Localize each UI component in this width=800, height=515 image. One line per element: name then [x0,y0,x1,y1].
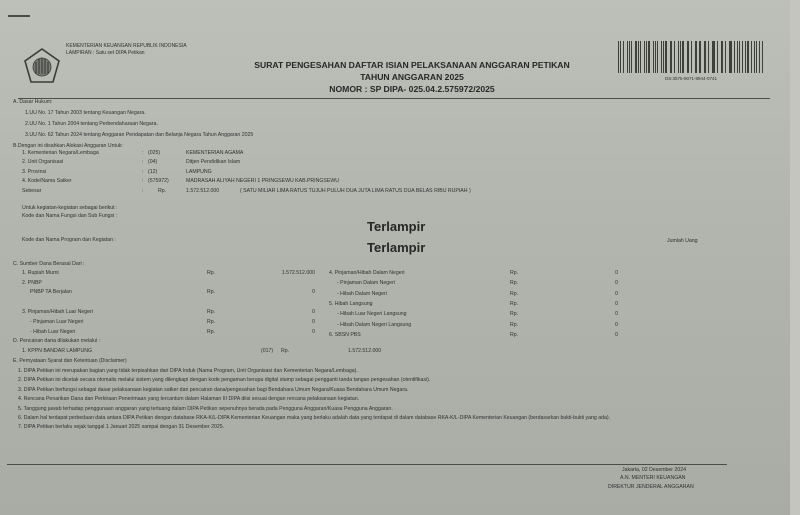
section-e-heading: E. Pernyataan Syarat dan Ketentuan (Disc… [13,358,127,364]
disclaimer-item: 3. DIPA Petikan berfungsi sebagai dasar … [18,387,408,393]
fund-source-currency: Rp. [510,270,518,276]
allocation-code: (12) [148,169,157,175]
barcode-bar [671,41,672,73]
fund-source-value: 0 [590,280,618,286]
legal-basis-2: 2.UU No. 1 Tahun 2004 tentang Perbendaha… [25,121,158,127]
barcode-bar [640,41,641,73]
barcode-bar [644,41,645,73]
program-value: Terlampir [367,245,425,251]
section-b-heading: B.Dengan ini disahkan Alokasi Anggaran U… [13,143,123,149]
disclaimer-item: 7. DIPA Petikan berlaku sejak tanggal 1 … [18,424,224,430]
program-label: Kode dan Nama Program dan Kegiatan : [22,237,116,243]
barcode-bar [618,41,619,73]
barcode-bar [635,41,637,73]
barcode-bar [688,41,689,73]
allocation-label: 2. Unit Organisasi [22,159,63,165]
legal-basis-3: 3.UU No. 62 Tahun 2024 tentang Anggaran … [25,132,253,138]
activities-intro: Untuk kegiatan-kegiatan sebagai berikut … [22,205,117,211]
fund-source-label: 4. Pinjaman/Hibah Dalam Negeri [329,270,405,276]
fund-source-label: 1. Rupiah Murni [22,270,59,276]
allocation-colon: : [142,178,143,184]
barcode-bar [623,41,625,73]
barcode-bar [691,41,692,73]
allocation-value: LAMPUNG [186,169,212,175]
amount-value: 1.572.512.000 [186,188,219,194]
fund-source-currency: Rp. [207,319,215,325]
section-a-heading: A. Dasar Hukum: [13,99,53,105]
barcode-bar [631,41,632,73]
ministry-emblem-icon [22,46,62,86]
signature-line-1: A.N. MENTERI KEUANGAN [620,475,685,481]
barcode-bar [687,41,688,73]
fund-source-currency: Rp. [510,280,518,286]
fund-source-currency: Rp. [510,301,518,307]
attachment-note: LAMPIRAN : Satu set DIPA Petikan [66,50,145,56]
fund-source-label: - Hibah Luar Negeri Langsung [337,311,407,317]
barcode-bar [699,41,701,73]
barcode-bar [759,41,760,73]
allocation-colon: : [142,169,143,175]
barcode-bar [674,41,675,73]
barcode-bar [653,41,654,73]
disclaimer-item: 4. Rencana Penarikan Dana dan Perkiraan … [18,396,359,402]
barcode-bar [638,41,639,73]
section-d-heading: D. Pencairan dana dilakukan melalui : [13,338,100,344]
fund-source-value: 1.572.512.000 [250,270,315,276]
barcode-text: DS:3575-8071-8944-0741 [665,76,717,82]
barcode-bar [705,41,706,73]
ministry-name: KEMENTERIAN KEUANGAN REPUBLIK INDONESIA [66,43,187,49]
fund-source-label: - Hibah Dalam Negeri [337,291,387,297]
fund-source-label: PNBP TA Berjalan [30,289,72,295]
fund-source-label: - Hibah Luar Negeri [30,329,75,335]
barcode-bar [729,41,730,73]
fund-source-value: 0 [250,289,315,295]
barcode-bar [722,41,723,73]
disclaimer-item: 1. DIPA Petikan ini merupakan bagian yan… [18,368,358,374]
barcode-bar [627,41,628,73]
fund-source-label: 2. PNBP [22,280,42,286]
barcode-bar [657,41,658,73]
fund-source-value: 0 [590,270,618,276]
fund-source-label: - Pinjaman Luar Negeri [30,319,83,325]
disclaimer-item: 6. Dalam hal terdapat perbedaan data ant… [18,415,610,421]
barcode-bar [739,41,740,73]
disbursement-code: (017) [261,348,273,354]
disbursement-currency: Rp. [281,348,289,354]
disclaimer-item: 2. DIPA Petikan ini dicetak secara otoma… [18,377,430,383]
barcode-bar [712,41,713,73]
disbursement-office: 1. KPPN BANDAR LAMPUNG [22,348,92,354]
amount-currency: Rp. [158,188,166,194]
amount-label: Sebesar [22,188,41,194]
section-c-heading: C. Sumber Dana Berasal Dari : [13,261,85,267]
allocation-code: (575972) [148,178,169,184]
document-number: NOMOR : SP DIPA- 025.04.2.575972/2025 [222,84,602,94]
function-value: Terlampir [367,224,425,230]
fund-source-value: 0 [590,291,618,297]
fund-source-currency: Rp. [207,289,215,295]
barcode-bar [754,41,755,73]
fund-source-value: 0 [250,329,315,335]
barcode-bar [708,41,709,73]
barcode-bar [661,41,662,73]
barcode-bar [670,41,671,73]
allocation-label: 3. Provinsi [22,169,46,175]
fund-source-label: 3. Pinjaman/Hibah Luar Negeri [22,309,93,315]
signature-line-2: DIREKTUR JENDERAL ANGGARAN [608,484,694,490]
barcode-bar [663,41,664,73]
fund-source-value: 0 [590,332,618,338]
barcode-bar [655,41,656,73]
disbursement-value: 1.572.512.000 [348,348,381,354]
document-title: SURAT PENGESAHAN DAFTAR ISIAN PELAKSANAA… [222,60,602,70]
fund-source-value: 0 [590,322,618,328]
fund-source-label: - Hibah Dalam Negeri Langsung [337,322,411,328]
barcode-bar [695,41,696,73]
barcode-bar [751,41,752,73]
page-mark [8,15,30,17]
barcode-bar [678,41,679,73]
barcode-bar [734,41,735,73]
fund-source-currency: Rp. [510,322,518,328]
fund-source-currency: Rp. [510,311,518,317]
barcode-bar [725,41,726,73]
allocation-label: 4. Kode/Nama Satker [22,178,72,184]
barcode-bar [762,41,763,73]
barcode-bar [747,41,749,73]
allocation-colon: : [142,150,143,156]
fund-source-currency: Rp. [207,329,215,335]
allocation-value: MADRASAH ALIYAH NEGERI 1 PRINGSEWU KAB.P… [186,178,339,184]
fiscal-year: TAHUN ANGGARAN 2025 [222,72,602,82]
fund-source-currency: Rp. [510,291,518,297]
function-label: Kode dan Nama Fungsi dan Sub Fungsi : [22,213,117,219]
fund-source-value: 0 [590,301,618,307]
allocation-colon: : [142,159,143,165]
fund-source-currency: Rp. [510,332,518,338]
fund-source-currency: Rp. [207,270,215,276]
barcode-bar [730,41,732,73]
barcode-bar [680,41,681,73]
legal-basis-1: 1.UU No. 17 Tahun 2003 tentang Keuangan … [25,110,146,116]
fund-source-label: 6. SBSN PBS [329,332,361,338]
allocation-label: 1. Kementerian Negara/Lembaga [22,150,99,156]
barcode-bar [756,41,757,73]
barcode-bar [721,41,722,73]
barcode-bar [704,41,705,73]
signature-place-date: Jakarta, 02 Desember 2024 [622,467,686,473]
footer-divider [7,464,727,465]
barcode-bar [629,41,630,73]
barcode-bar [665,41,667,73]
disclaimer-item: 5. Tanggung jawab terhadap penggunaan an… [18,406,393,412]
barcode-bar [713,41,715,73]
barcode-bar [717,41,718,73]
barcode [618,41,764,73]
barcode-bar [648,41,650,73]
barcode-bar [646,41,647,73]
fund-source-label: 5. Hibah Langsung [329,301,373,307]
barcode-bar [682,41,684,73]
allocation-code: (025) [148,150,160,156]
fund-source-value: 0 [250,319,315,325]
fund-source-label: - Pinjaman Dalam Negeri [337,280,395,286]
fund-source-value: 0 [590,311,618,317]
page-edge [790,0,800,515]
fund-source-currency: Rp. [207,309,215,315]
barcode-bar [745,41,746,73]
allocation-value: KEMENTERIAN AGAMA [186,150,243,156]
barcode-bar [620,41,621,73]
barcode-bar [737,41,738,73]
amount-colon: : [142,188,143,194]
amount-in-words: ( SATU MILIAR LIMA RATUS TUJUH PULUH DUA… [240,188,471,194]
barcode-bar [742,41,743,73]
allocation-code: (04) [148,159,157,165]
allocation-value: Ditjen Pendidikan Islam [186,159,240,165]
header-divider [18,98,770,99]
barcode-bar [696,41,697,73]
amount-column-header: Jumlah Uang [667,238,698,244]
fund-source-value: 0 [250,309,315,315]
